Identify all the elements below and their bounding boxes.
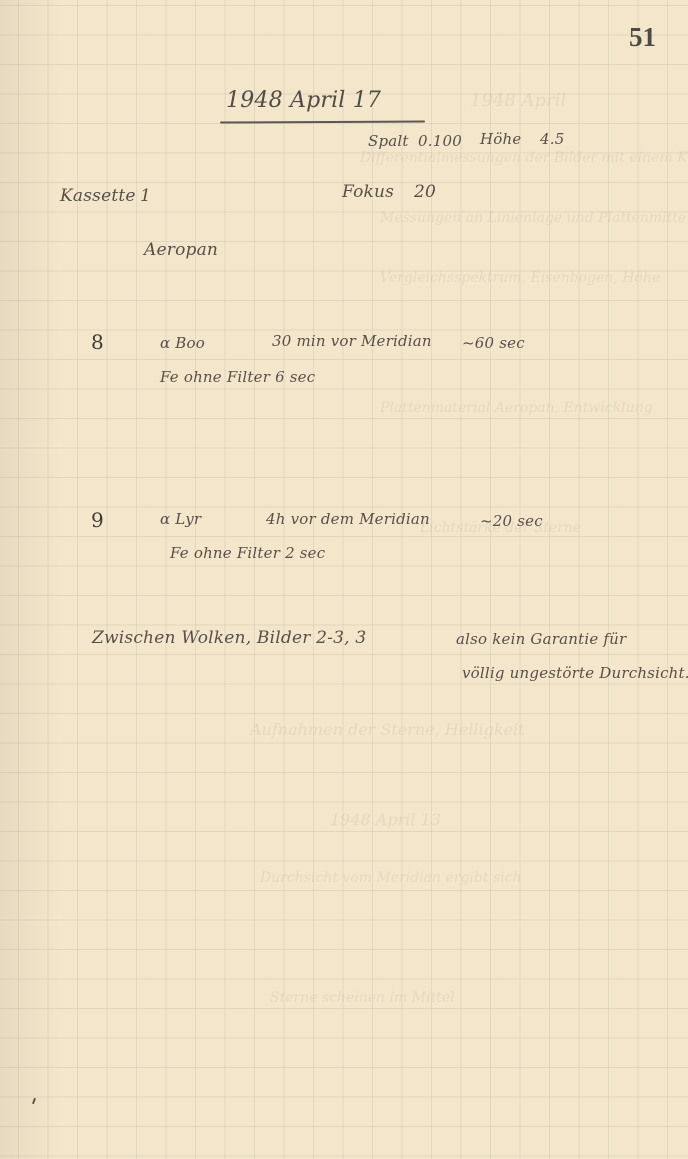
page-number: 51 <box>629 22 656 53</box>
exposure-time: ~60 sec <box>462 334 525 352</box>
height-label: Höhe <box>480 130 521 148</box>
focus-value: 20 <box>414 182 436 202</box>
notebook-page: 51 1948 April Differentialmessungen der … <box>0 0 688 1159</box>
entry-date: 1948 April 17 <box>226 88 381 113</box>
remark-conditions: Zwischen Wolken, Bilder 2-3, 3 <box>92 628 366 648</box>
plate-type: Aeropan <box>144 240 218 260</box>
bleed-through-text: Differentialmessungen der Bilder mit ein… <box>360 150 688 166</box>
remark-caveat-line1: also kein Garantie für <box>456 630 626 648</box>
bleed-through-text: Durchsicht vom Meridian ergibt sich <box>260 870 521 886</box>
meridian-position: 30 min vor Meridian <box>272 332 432 350</box>
focus-label: Fokus <box>342 182 394 202</box>
ink-speck <box>32 1098 36 1104</box>
bleed-through-text: 1948 April <box>470 90 566 111</box>
exposure-time: ~20 sec <box>480 512 543 530</box>
slit-value: 0.100 <box>418 132 462 150</box>
bleed-through-text: Aufnahmen der Sterne, Helligkeit <box>250 720 525 739</box>
star-name: α Lyr <box>160 510 201 528</box>
cassette-value: 1 <box>140 186 151 206</box>
slit-label: Spalt <box>368 132 409 150</box>
comparison-note: Fe ohne Filter 6 sec <box>160 368 315 386</box>
remark-caveat-line2: völlig ungestörte Durchsicht. <box>462 664 688 682</box>
bleed-through-text: Messungen an Linienlage und Plattenmitte <box>380 210 686 226</box>
date-underline <box>220 120 425 123</box>
star-name: α Boo <box>160 334 205 352</box>
bleed-through-text: Plattenmaterial Aeropan, Entwicklung <box>380 400 653 416</box>
meridian-position: 4h vor dem Meridian <box>266 510 430 528</box>
cassette-label: Kassette <box>60 186 136 206</box>
bleed-through-text: Vergleichsspektrum, Eisenbogen, Höhe <box>380 270 660 286</box>
exposure-number: 9 <box>91 508 104 532</box>
height-value: 4.5 <box>540 130 564 148</box>
exposure-number: 8 <box>91 330 104 354</box>
bleed-through-text: Sterne scheinen im Mittel <box>270 990 455 1006</box>
comparison-note: Fe ohne Filter 2 sec <box>170 544 325 562</box>
bleed-through-text: 1948 April 13 <box>330 810 441 829</box>
